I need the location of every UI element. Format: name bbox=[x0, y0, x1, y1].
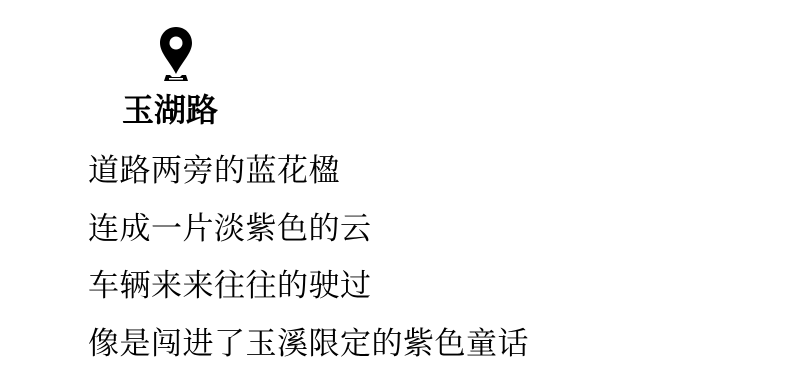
poem-text: 道路两旁的蓝花楹 连成一片淡紫色的云 车辆来来往往的驶过 像是闯进了玉溪限定的紫… bbox=[88, 143, 529, 373]
poem-line: 道路两旁的蓝花楹 bbox=[88, 143, 529, 201]
poem-line: 像是闯进了玉溪限定的紫色童话 bbox=[88, 316, 529, 374]
location-pin-icon bbox=[158, 26, 194, 82]
poem-line: 车辆来来往往的驶过 bbox=[88, 258, 529, 316]
poem-line: 连成一片淡紫色的云 bbox=[88, 201, 529, 259]
place-title: 玉湖路 bbox=[122, 90, 218, 130]
